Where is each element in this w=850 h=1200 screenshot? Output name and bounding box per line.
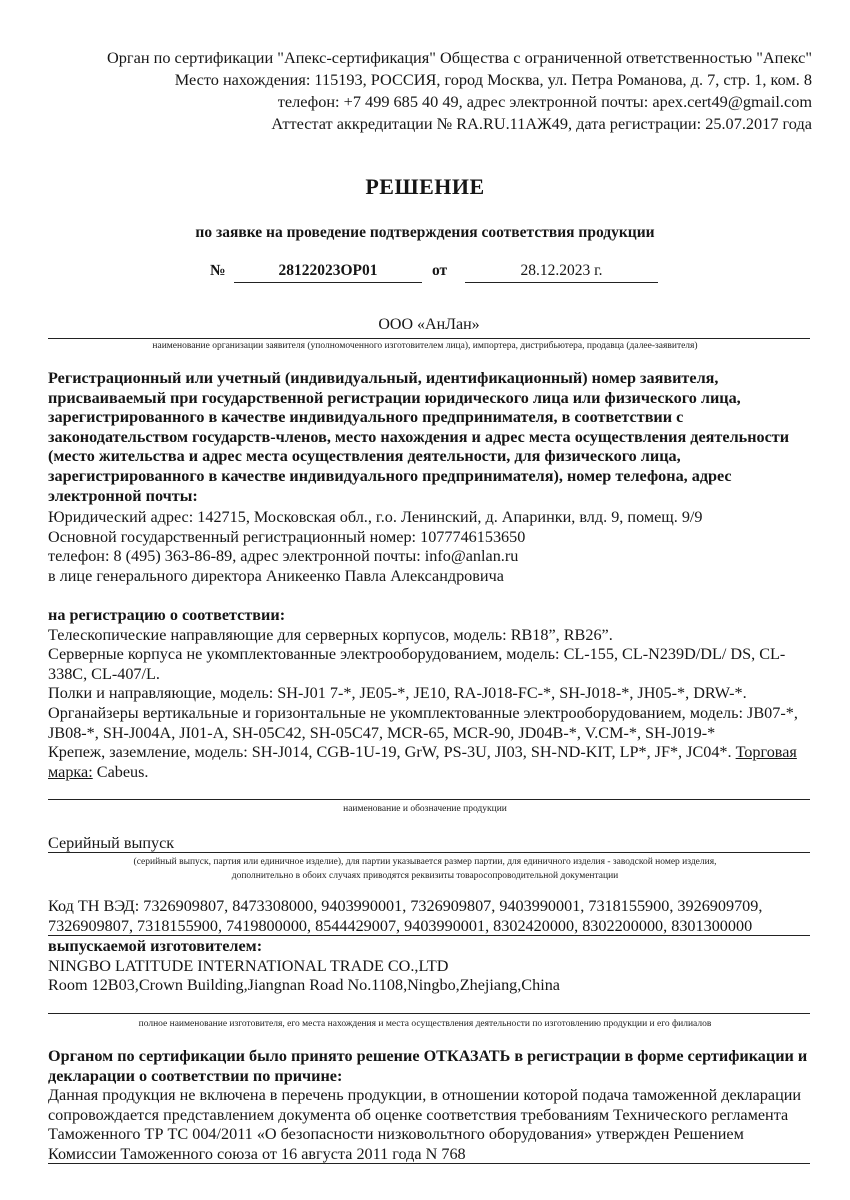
header-contacts: телефон: +7 499 685 40 49, адрес электро…	[107, 91, 812, 113]
number-label: №	[210, 262, 226, 280]
release-caption-line: (серийный выпуск, партия или единичное и…	[40, 855, 810, 869]
decision-verdict: ОТКАЗАТЬ	[424, 1047, 511, 1065]
tnved-codes: Код ТН ВЭД: 7326909807, 8473308000, 9403…	[48, 897, 810, 936]
manufacturer-heading: выпускаемой изготовителем:	[48, 937, 810, 957]
tnved-codes-line2: 7326909807, 7318155900, 7419800000, 8544…	[48, 917, 810, 937]
product-heading: на регистрацию о соответствии:	[48, 606, 810, 626]
manufacturer-section: выпускаемой изготовителем: NINGBO LATITU…	[48, 937, 810, 996]
product-item: Телескопические направляющие для серверн…	[48, 626, 810, 646]
document-number-line: № 28122023OP01 от 28.12.2023 г.	[210, 260, 670, 284]
trademark-value: Cabeus.	[97, 763, 149, 781]
tnved-divider	[48, 935, 810, 936]
applicant-contacts: телефон: 8 (495) 363-86-89, адрес электр…	[48, 547, 810, 567]
document-title: РЕШЕНИЕ	[0, 174, 850, 200]
header-accreditation: Аттестат аккредитации № RA.RU.11АЖ49, да…	[107, 113, 812, 135]
date-label: от	[432, 262, 447, 280]
product-fasteners: Крепеж, заземление, модель: SH-J014, CGB…	[48, 743, 732, 761]
tnved-codes-line1: 7326909807, 8473308000, 9403990001, 7326…	[143, 897, 762, 915]
product-item: Крепеж, заземление, модель: SH-J014, CGB…	[48, 743, 810, 782]
document-subtitle: по заявке на проведение подтверждения со…	[0, 224, 850, 242]
applicant-ogrn: Основной государственный регистрационный…	[48, 528, 810, 548]
header-address: Место нахождения: 115193, РОССИЯ, город …	[107, 69, 812, 91]
decision-reason: Данная продукция не включена в перечень …	[48, 1086, 810, 1164]
product-divider	[48, 799, 810, 800]
decision-heading-text: Органом по сертификации было принято реш…	[48, 1047, 420, 1065]
tnved-label: Код ТН ВЭД:	[48, 897, 139, 915]
decision-date: 28.12.2023 г.	[465, 260, 658, 283]
release-divider	[48, 852, 810, 853]
manufacturer-caption: полное наименование изготовителя, его ме…	[40, 1017, 810, 1031]
decision-section: Органом по сертификации было принято реш…	[48, 1047, 810, 1165]
decision-divider	[48, 1163, 810, 1164]
release-type: Серийный выпуск	[48, 834, 810, 854]
decision-document: Орган по сертификации "Апекс-сертификаци…	[0, 0, 850, 1200]
product-caption: наименование и обозначение продукции	[40, 802, 810, 816]
product-item: Полки и направляющие, модель: SH-J01 7-*…	[48, 684, 810, 743]
applicant-name-caption: наименование организации заявителя (упол…	[40, 339, 810, 353]
applicant-representative: в лице генерального директора Аникеенко …	[48, 567, 810, 587]
product-section: на регистрацию о соответствии: Телескопи…	[48, 606, 810, 782]
release-caption-line: дополнительно в обоих случаях приводятся…	[40, 869, 810, 883]
product-item: Серверные корпуса не укомплектованные эл…	[48, 645, 810, 684]
applicant-name: ООО «АнЛан»	[48, 316, 810, 339]
applicant-details-heading: Регистрационный или учетный (индивидуаль…	[48, 369, 810, 506]
applicant-legal-address: Юридический адрес: 142715, Московская об…	[48, 508, 810, 528]
manufacturer-name: NINGBO LATITUDE INTERNATIONAL TRADE CO.,…	[48, 957, 810, 977]
manufacturer-divider	[48, 1013, 810, 1014]
applicant-details: Юридический адрес: 142715, Московская об…	[48, 508, 810, 586]
decision-number: 28122023OP01	[234, 260, 422, 283]
manufacturer-address: Room 12B03,Crown Building,Jiangnan Road …	[48, 976, 810, 996]
release-caption: (серийный выпуск, партия или единичное и…	[40, 855, 810, 883]
header-org-name: Орган по сертификации "Апекс-сертификаци…	[107, 47, 812, 69]
certification-body-header: Орган по сертификации "Апекс-сертификаци…	[107, 47, 812, 135]
decision-heading: Органом по сертификации было принято реш…	[48, 1047, 810, 1086]
